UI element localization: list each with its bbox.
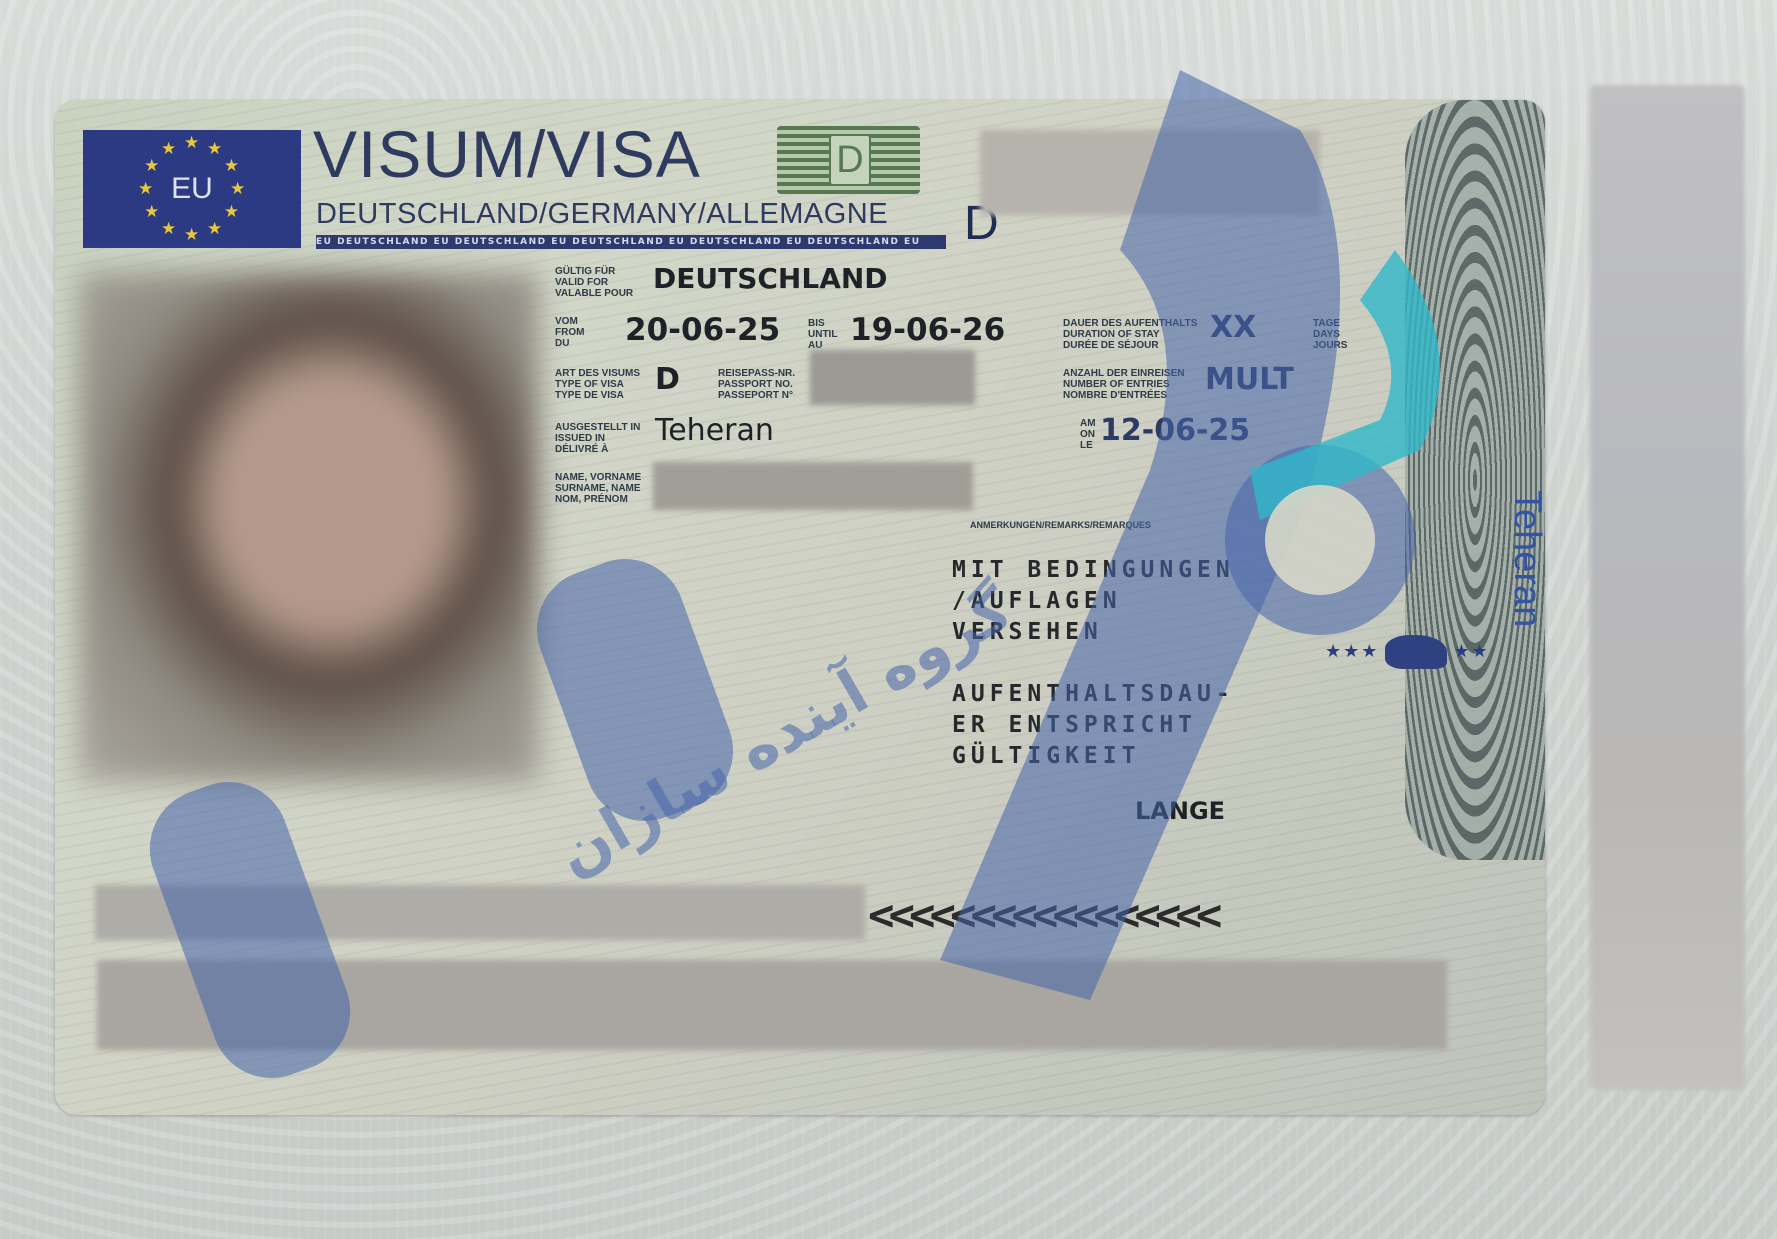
elephant-emblem-icon: ★★★★★ <box>1325 635 1490 669</box>
redacted-mrz-line-1 <box>95 885 865 940</box>
redacted-right-strip <box>1590 85 1745 1090</box>
eu-star-icon: ★ <box>207 141 222 158</box>
remarks-label: ANMERKUNGEN/REMARKS/REMARQUES <box>970 520 1151 531</box>
microprint-strip: EU DEUTSCHLAND EU DEUTSCHLAND EU DEUTSCH… <box>316 235 946 249</box>
label-until: BIS UNTIL AU <box>808 318 837 351</box>
label-number-of-entries: ANZAHL DER EINREISEN NUMBER OF ENTRIES N… <box>1063 368 1185 401</box>
value-until: 19-06-26 <box>850 312 1005 348</box>
value-from: 20-06-25 <box>625 312 780 348</box>
label-days: TAGE DAYS JOURS <box>1313 318 1347 351</box>
value-issued-on: 12-06-25 <box>1100 413 1250 448</box>
redacted-mrz-line-2 <box>97 960 1447 1050</box>
vertical-place-text: Teheran <box>1505 490 1548 627</box>
redacted-name <box>653 462 973 510</box>
eu-star-icon: ★ <box>230 181 245 198</box>
eu-star-icon: ★ <box>184 227 199 244</box>
value-type-of-visa: D <box>655 362 680 397</box>
label-passport-no: REISEPASS-NR. PASSPORT No. PASSEPORT N° <box>718 368 795 401</box>
redacted-passport-number <box>810 350 975 405</box>
visa-sticker: EU ★★★★★★★★★★★★ VISUM/VISA DEUTSCHLAND/G… <box>55 100 1545 1115</box>
eu-star-icon: ★ <box>161 141 176 158</box>
signature-name: LANGE <box>1135 797 1225 825</box>
security-rosette-pattern <box>1405 100 1545 860</box>
label-type-of-visa: ART DES VISUMS TYPE OF VISA TYPE DE VISA <box>555 368 640 401</box>
label-from: VOM FROM DU <box>555 316 584 349</box>
eu-star-icon: ★ <box>207 221 222 238</box>
eu-star-icon: ★ <box>144 158 159 175</box>
redacted-visa-number <box>980 130 1320 215</box>
label-valid-for: GÜLTIG FÜR VALID FOR VALABLE POUR <box>555 266 633 299</box>
value-issued-in: Teheran <box>655 413 774 448</box>
mrz-filler: <<<<<<<<<<<<<<<<< <box>868 890 1216 941</box>
value-number-of-entries: MULT <box>1205 362 1294 397</box>
label-duration-of-stay: DAUER DES AUFENTHALTS DURATION OF STAY D… <box>1063 318 1197 351</box>
document-title: VISUM/VISA <box>313 116 701 192</box>
country-stamp-letter: D <box>829 134 871 186</box>
eu-badge-label: EU <box>163 172 221 206</box>
label-issued-in: AUSGESTELLT IN ISSUED IN DÉLIVRÉ À <box>555 422 640 455</box>
eu-star-icon: ★ <box>224 204 239 221</box>
label-name: NAME, VORNAME SURNAME, NAME NOM, PRÉNOM <box>555 472 641 505</box>
eu-star-icon: ★ <box>138 181 153 198</box>
label-issued-on: AM ON LE <box>1080 418 1096 451</box>
holder-photo-redacted <box>79 272 539 782</box>
value-valid-for: DEUTSCHLAND <box>653 262 888 295</box>
eu-star-icon: ★ <box>184 135 199 152</box>
value-duration-of-stay: XX <box>1210 310 1256 345</box>
country-line: DEUTSCHLAND/GERMANY/ALLEMAGNE <box>316 198 888 231</box>
country-stamp: D <box>777 126 920 194</box>
eu-flag-icon: EU ★★★★★★★★★★★★ <box>83 130 301 248</box>
eu-star-icon: ★ <box>224 158 239 175</box>
eu-star-icon: ★ <box>144 204 159 221</box>
eu-star-icon: ★ <box>161 221 176 238</box>
